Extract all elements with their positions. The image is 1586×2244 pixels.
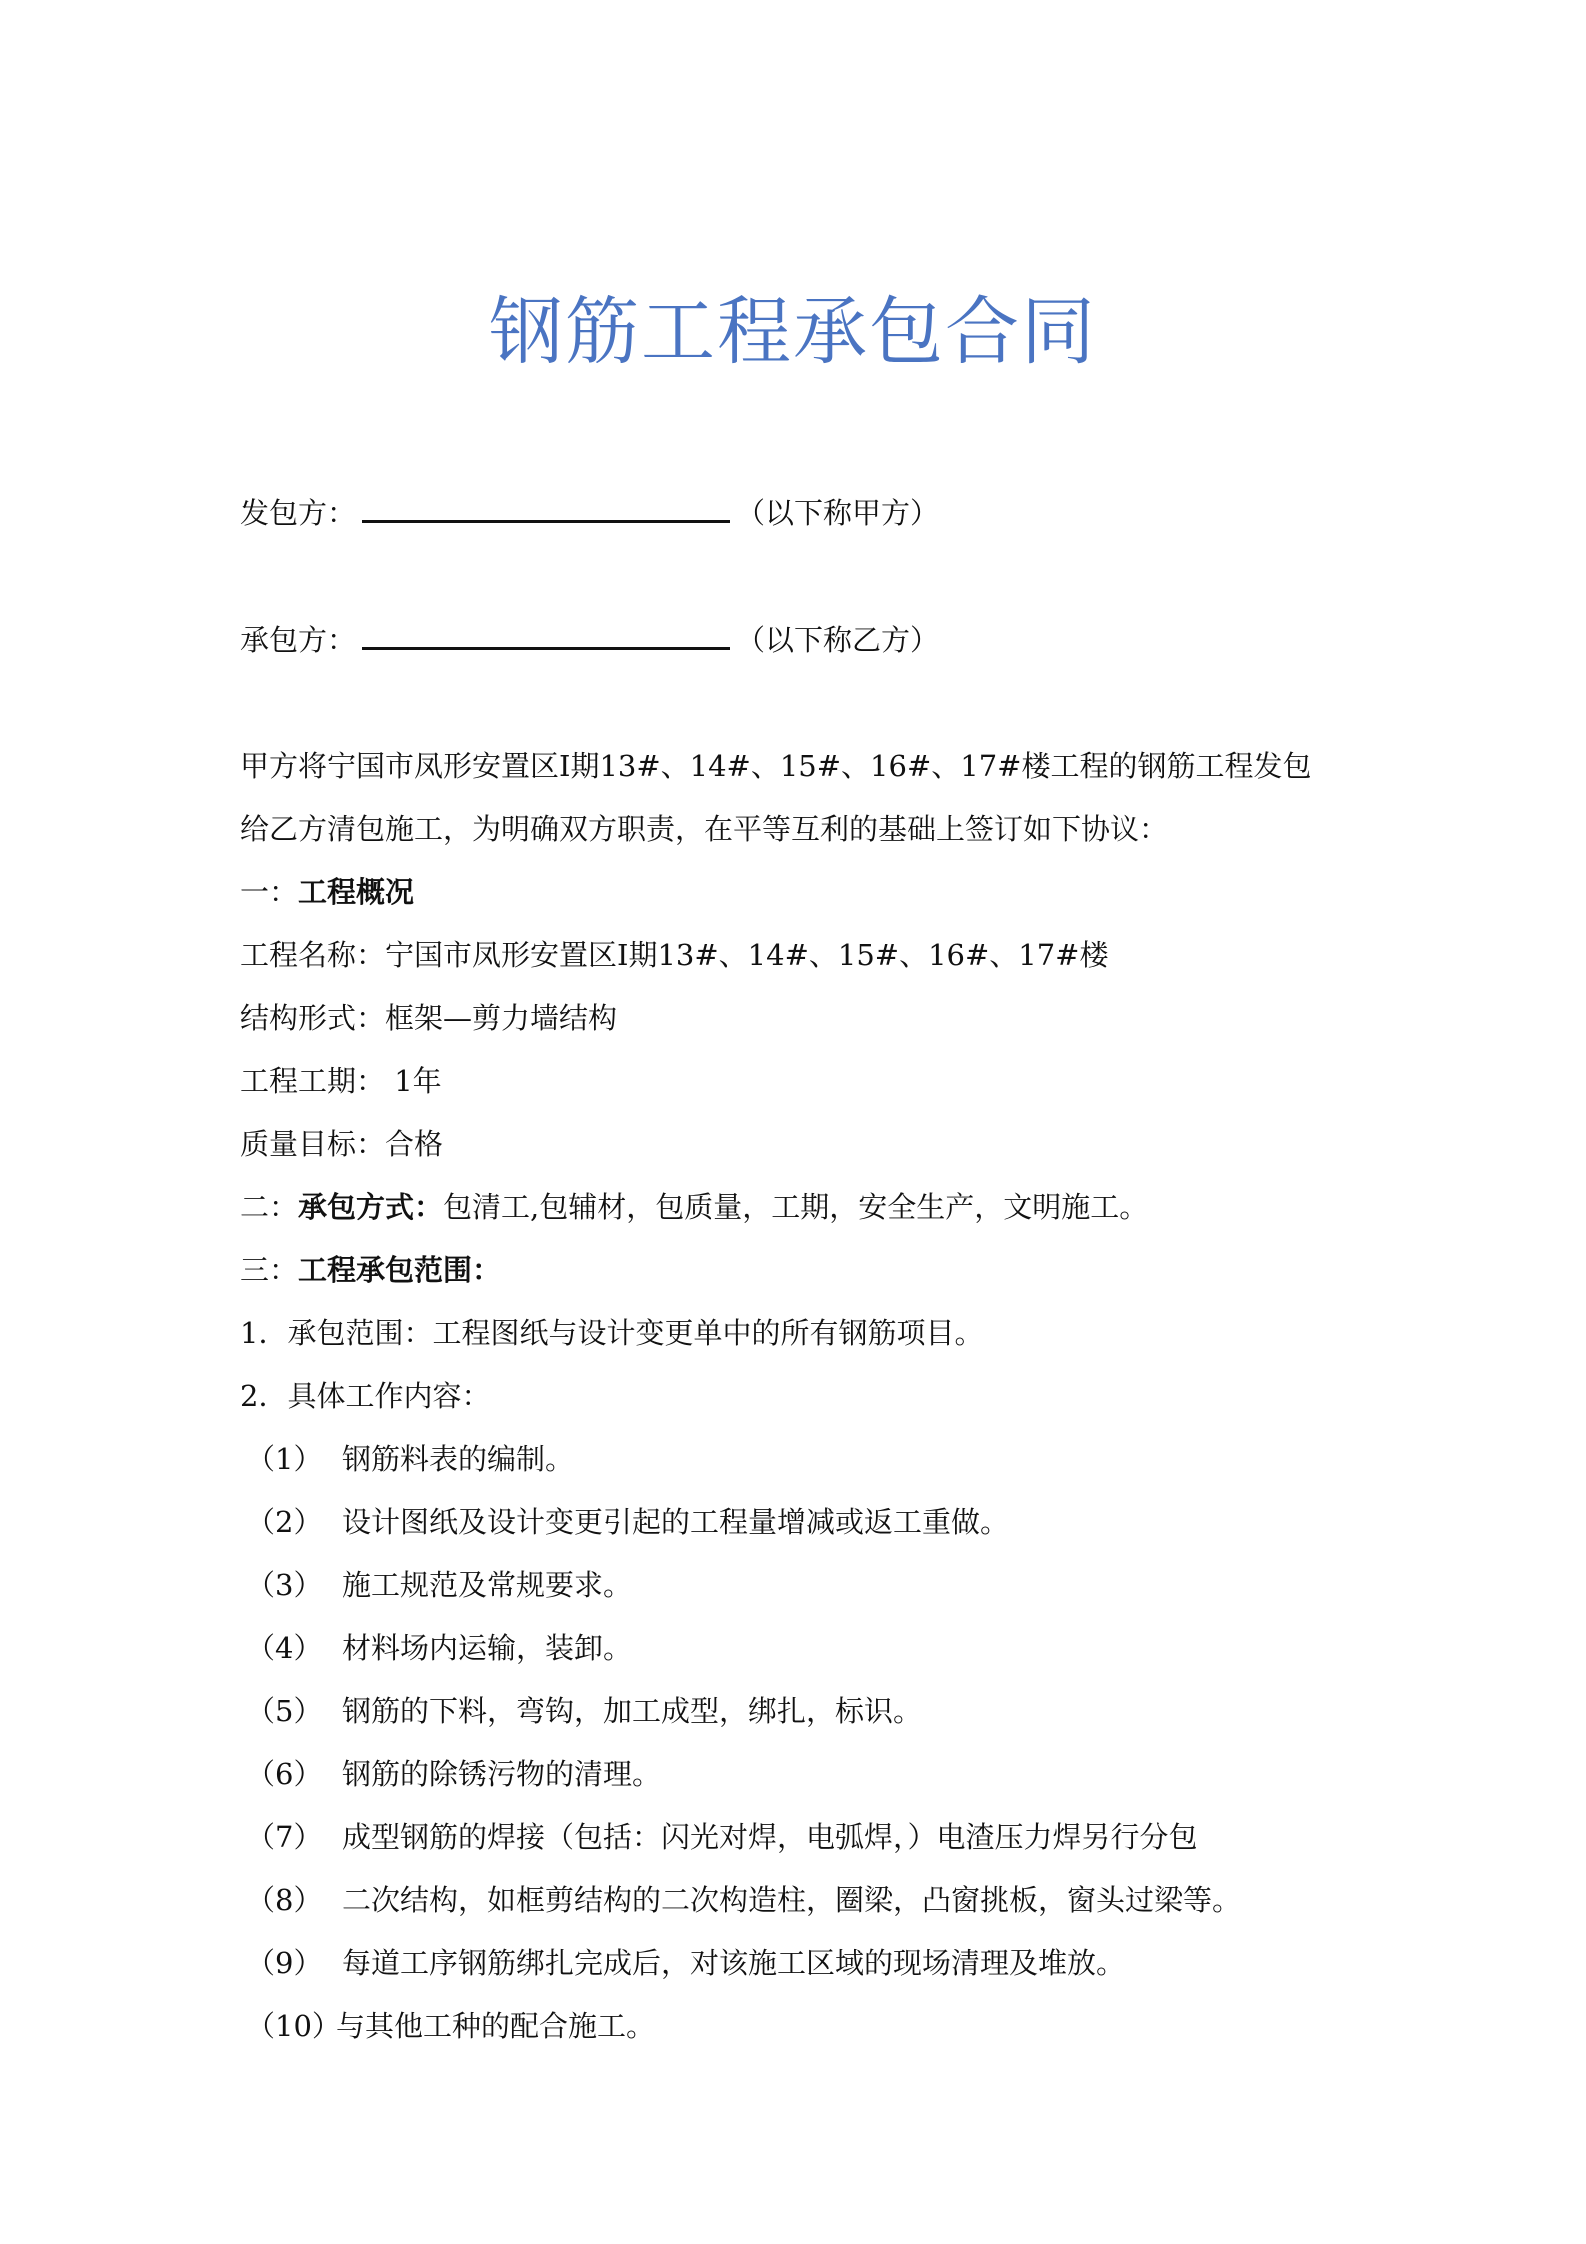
party-a-line: 发包方：（以下称甲方）	[240, 490, 939, 533]
section-1-prefix: 一：	[240, 875, 298, 909]
work-item: （3）施工规范及常规要求。	[246, 1565, 632, 1605]
item-text: 二次结构，如框剪结构的二次构造柱，圈梁，凸窗挑板，窗头过梁等。	[342, 1883, 1241, 1917]
item-number: （2）	[246, 1502, 342, 1542]
field-structure: 结构形式：框架—剪力墙结构	[240, 998, 617, 1038]
item-number: （7）	[246, 1817, 342, 1857]
field-duration: 工程工期： 1年	[240, 1061, 442, 1101]
party-a-blank-field[interactable]	[362, 490, 730, 523]
section-3-heading: 三：工程承包范围：	[240, 1250, 501, 1290]
field-quality: 质量目标：合格	[240, 1124, 443, 1164]
intro-line-2: 给乙方清包施工，为明确双方职责，在平等互利的基础上签订如下协议：	[240, 809, 1168, 849]
item-number: （3）	[246, 1565, 342, 1605]
scope-point-2: 2．具体工作内容：	[240, 1376, 490, 1416]
party-b-blank-field[interactable]	[362, 617, 730, 650]
item-number: （5）	[246, 1691, 342, 1731]
item-number: （4）	[246, 1628, 342, 1668]
intro-line-1: 甲方将宁国市凤形安置区Ⅰ期13#、14#、15#、16#、17#楼工程的钢筋工程…	[240, 746, 1311, 786]
section-2-prefix: 二：	[240, 1190, 298, 1224]
section-3-prefix: 三：	[240, 1253, 298, 1287]
work-item: （4）材料场内运输，装卸。	[246, 1628, 632, 1668]
item-text: 钢筋的除锈污物的清理。	[342, 1757, 661, 1791]
work-item: （1）钢筋料表的编制。	[246, 1439, 574, 1479]
field-value: 宁国市凤形安置区Ⅰ期13#、14#、15#、16#、17#楼	[385, 938, 1108, 972]
item-text: 施工规范及常规要求。	[342, 1568, 632, 1602]
item-text: 与其他工种的配合施工。	[336, 2009, 655, 2043]
section-3-title: 工程承包范围：	[298, 1253, 501, 1287]
item-text: 材料场内运输，装卸。	[342, 1631, 632, 1665]
item-text: 成型钢筋的焊接（包括：闪光对焊，电弧焊，）电渣压力焊另行分包	[342, 1820, 1198, 1854]
work-item: （9）每道工序钢筋绑扎完成后，对该施工区域的现场清理及堆放。	[246, 1943, 1125, 1983]
work-item: （8）二次结构，如框剪结构的二次构造柱，圈梁，凸窗挑板，窗头过梁等。	[246, 1880, 1241, 1920]
party-a-suffix: （以下称甲方）	[736, 496, 939, 530]
section-2-title: 承包方式：	[298, 1190, 443, 1224]
work-item: （2）设计图纸及设计变更引起的工程量增减或返工重做。	[246, 1502, 1009, 1542]
field-project-name: 工程名称：宁国市凤形安置区Ⅰ期13#、14#、15#、16#、17#楼	[240, 935, 1108, 975]
field-value: 合格	[385, 1127, 443, 1161]
work-item: （10）与其他工种的配合施工。	[246, 2006, 655, 2046]
item-text: 每道工序钢筋绑扎完成后，对该施工区域的现场清理及堆放。	[342, 1946, 1125, 1980]
item-text: 钢筋的下料，弯钩，加工成型，绑扎，标识。	[342, 1694, 922, 1728]
scope-point-1: 1．承包范围：工程图纸与设计变更单中的所有钢筋项目。	[240, 1313, 983, 1353]
item-number: （6）	[246, 1754, 342, 1794]
party-a-label: 发包方：	[240, 496, 356, 530]
party-b-suffix: （以下称乙方）	[736, 623, 939, 657]
party-b-line: 承包方：（以下称乙方）	[240, 617, 939, 660]
field-value: 1年	[385, 1064, 442, 1098]
section-1-title: 工程概况	[298, 875, 414, 909]
item-number: （9）	[246, 1943, 342, 1983]
document-title: 钢筋工程承包合同	[0, 282, 1586, 382]
work-item: （7）成型钢筋的焊接（包括：闪光对焊，电弧焊，）电渣压力焊另行分包	[246, 1817, 1198, 1857]
field-value: 框架—剪力墙结构	[385, 1001, 617, 1035]
field-label: 质量目标：	[240, 1127, 385, 1161]
party-b-label: 承包方：	[240, 623, 356, 657]
field-label: 结构形式：	[240, 1001, 385, 1035]
item-number: （8）	[246, 1880, 342, 1920]
field-label: 工程工期：	[240, 1064, 385, 1098]
item-number: （10）	[246, 2006, 336, 2046]
section-1-heading: 一：工程概况	[240, 872, 414, 912]
work-item: （5）钢筋的下料，弯钩，加工成型，绑扎，标识。	[246, 1691, 922, 1731]
work-item: （6）钢筋的除锈污物的清理。	[246, 1754, 661, 1794]
item-number: （1）	[246, 1439, 342, 1479]
item-text: 钢筋料表的编制。	[342, 1442, 574, 1476]
field-label: 工程名称：	[240, 938, 385, 972]
item-text: 设计图纸及设计变更引起的工程量增减或返工重做。	[342, 1505, 1009, 1539]
section-2-line: 二：承包方式：包清工,包辅材，包质量，工期，安全生产，文明施工。	[240, 1187, 1148, 1227]
section-2-text: 包清工,包辅材，包质量，工期，安全生产，文明施工。	[443, 1190, 1148, 1224]
